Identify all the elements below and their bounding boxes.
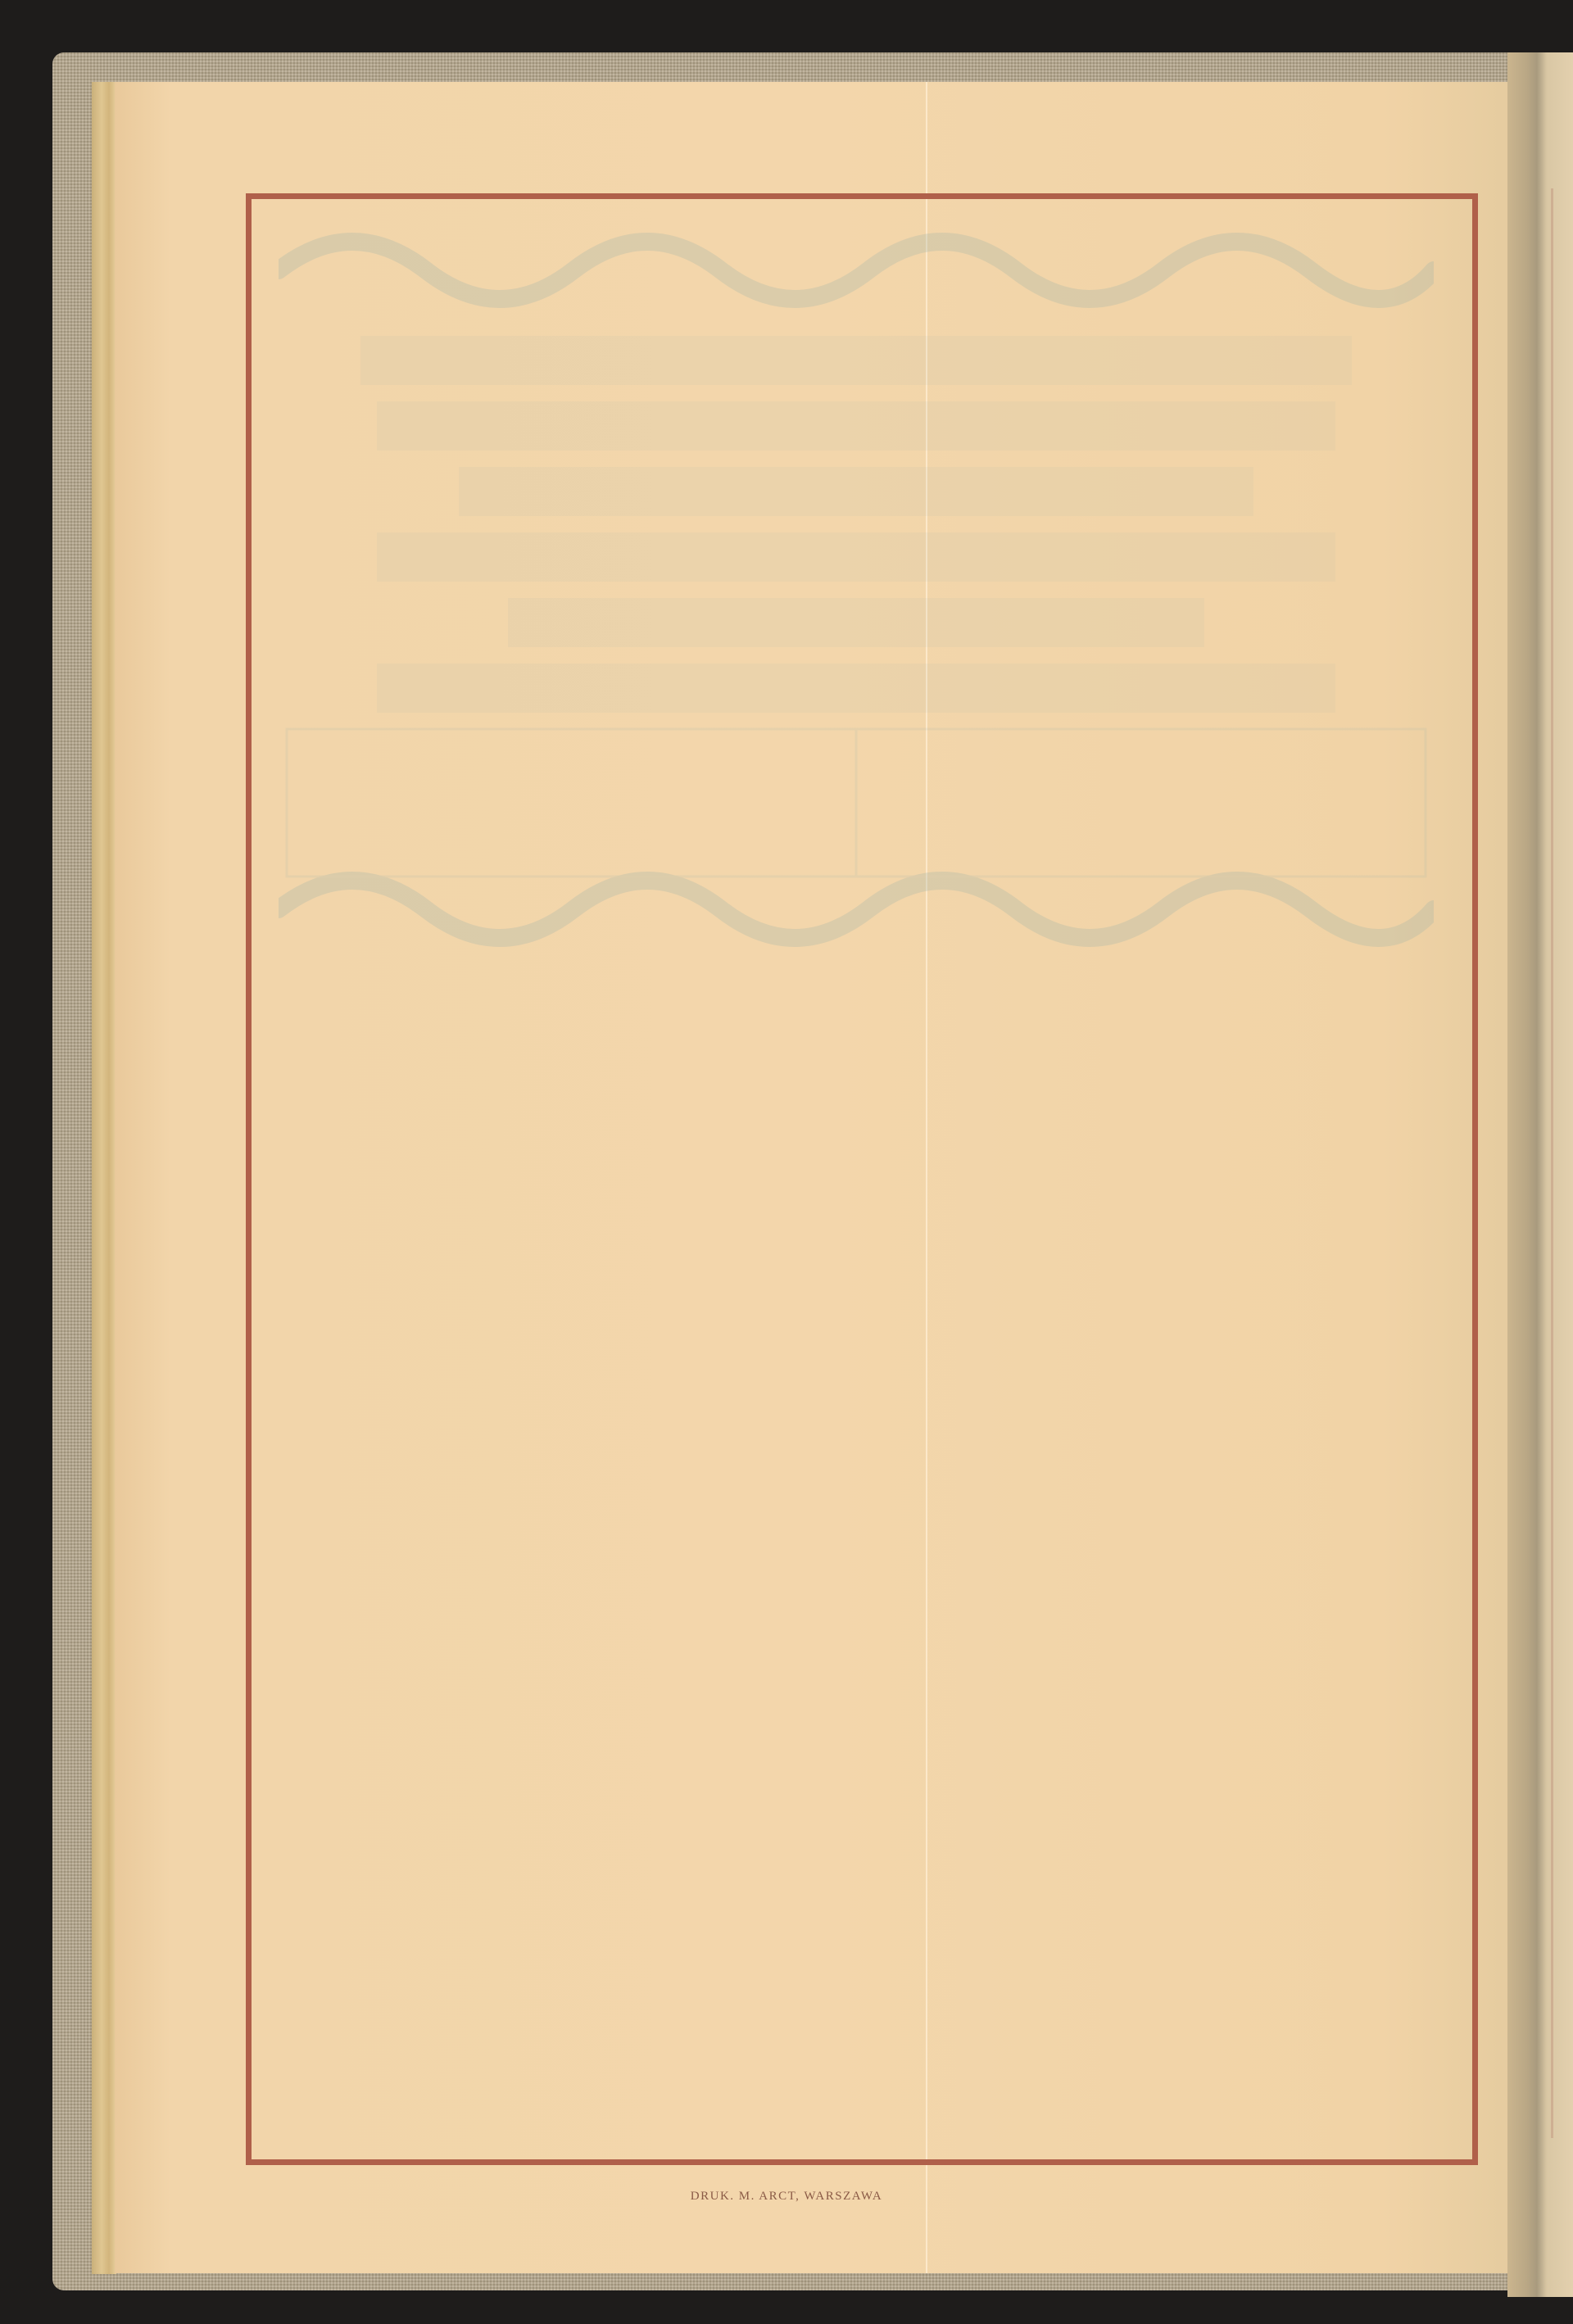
page-edges [92,82,116,2274]
printer-imprint: DRUK. M. ARCT, WARSZAWA [0,2190,1573,2204]
decorative-frame [246,193,1478,2165]
facing-page-ornament [1551,188,1573,2138]
